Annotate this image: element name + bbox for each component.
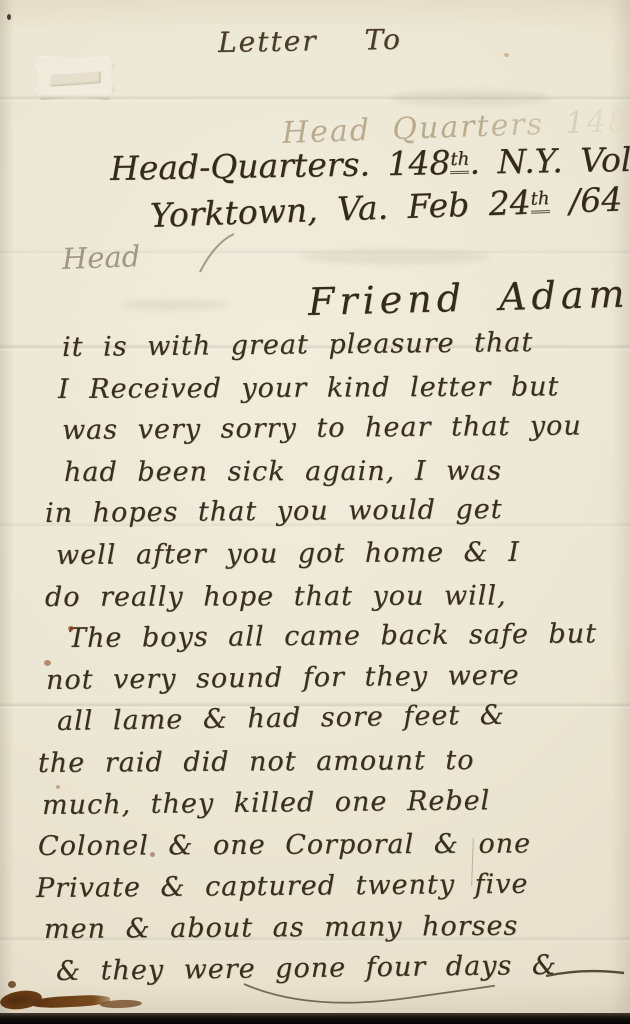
- letter-body: it is with great pleasure that I Receive…: [0, 327, 630, 993]
- letterhead-year: /64: [549, 180, 623, 222]
- letter-line: it is with great pleasure that: [62, 321, 630, 369]
- pen-flourish-stroke: [190, 230, 250, 276]
- pen-flourish-underline: [238, 972, 498, 1010]
- rust-speck: [504, 53, 509, 57]
- letterhead-line-1-text: Head-Quarters. 148: [110, 143, 451, 188]
- paper-speck: [7, 14, 11, 20]
- letter-line: much, they killed one Rebel: [42, 778, 630, 826]
- letterhead-line-2: Yorktown, Va. Feb 24th /64: [149, 180, 623, 235]
- pen-flourish-dash: [544, 966, 626, 980]
- ink-bleed-smudge: [390, 90, 550, 106]
- letter-scan-page: Letter To Head Quarters 148 Head-Quarter…: [0, 0, 630, 1024]
- rust-speck: [44, 660, 51, 666]
- ink-bleed-smudge: [300, 250, 490, 264]
- false-start-word: Head: [61, 239, 140, 276]
- embossed-seal-inner-band: [49, 70, 102, 87]
- ordinal-superscript: th: [450, 149, 469, 174]
- letter-line: Private & captured twenty five: [36, 863, 630, 910]
- letterhead-line-1: Head-Quarters. 148th. N.Y. Vol: [110, 140, 630, 188]
- letter-line: well after you got home & I: [56, 531, 630, 577]
- letter-line: do really hope that you will,: [45, 575, 630, 619]
- letterhead-line-1-regiment: . N.Y. Vol: [469, 140, 630, 182]
- scan-edge: [0, 1013, 630, 1024]
- letter-line: all lame & had sore feet &: [57, 693, 630, 743]
- letter-line: the raid did not amount to: [38, 739, 630, 785]
- rust-speck: [68, 626, 74, 631]
- ink-bleed-smudge: [120, 300, 230, 310]
- letter-line: in hopes that you would get: [45, 488, 630, 535]
- letter-line: The boys all came back safe but: [68, 613, 630, 659]
- embossed-paper-seal: [35, 56, 115, 100]
- ordinal-superscript: th: [530, 188, 550, 214]
- letter-line: I Received your kind letter but: [58, 366, 630, 411]
- letter-line: men & about as many horses: [44, 905, 630, 951]
- salutation: Friend Adam: [307, 272, 630, 324]
- letter-line: Colonel & one Corporal & one: [38, 823, 630, 868]
- letter-line: was very sorry to hear that you: [62, 405, 630, 452]
- letter-line: had been sick again, I was: [64, 450, 630, 494]
- rust-speck: [56, 785, 60, 789]
- letter-annotation: Letter To: [218, 23, 402, 59]
- letterhead-place-date: Yorktown, Va. Feb 24: [149, 183, 531, 235]
- rust-speck: [150, 852, 155, 857]
